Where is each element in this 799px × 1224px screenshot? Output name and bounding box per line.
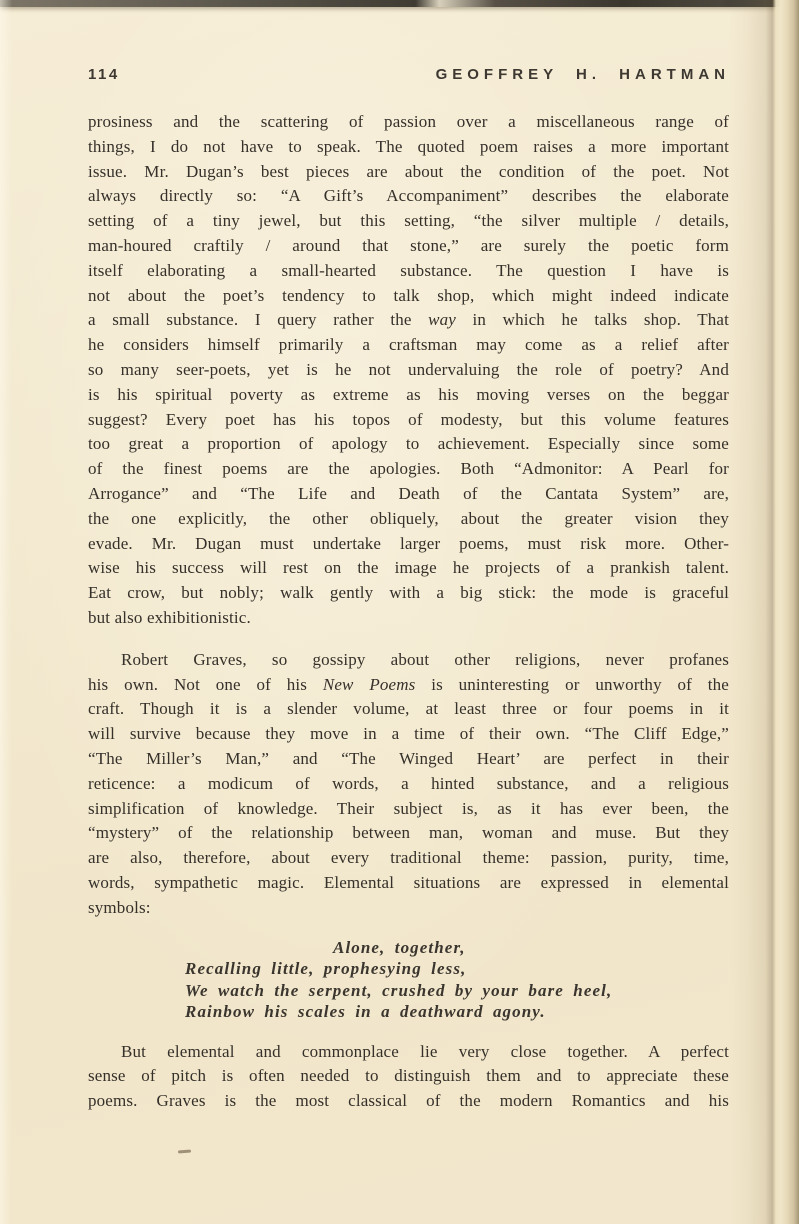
text-line: craft. Though it is a slender volume, at… xyxy=(88,697,729,722)
text-line: are also, therefore, about every traditi… xyxy=(88,846,729,871)
text-line: symbols: xyxy=(88,896,729,921)
text-line: but also exhibitionistic. xyxy=(88,606,729,631)
text-line: is his spiritual poverty as extreme as h… xyxy=(88,383,729,408)
text-line: things, I do not have to speak. The quot… xyxy=(88,135,729,160)
text-line: issue. Mr. Dugan’s best pieces are about… xyxy=(88,160,729,185)
text-line: evade. Mr. Dugan must undertake larger p… xyxy=(88,532,729,557)
text-line: suggest? Every poet has his topos of mod… xyxy=(88,408,729,433)
text-line: wise his success will rest on the image … xyxy=(88,556,729,581)
text-line: Alone, together, xyxy=(333,937,729,959)
scanned-book-page: 114 GEOFFREY H. HARTMAN prosiness and th… xyxy=(0,0,799,1224)
text-line: reticence: a modicum of words, a hinted … xyxy=(88,772,729,797)
text-line: of the finest poems are the apologies. B… xyxy=(88,457,729,482)
book-fore-edge xyxy=(729,0,799,1224)
running-head-author: GEOFFREY H. HARTMAN xyxy=(436,66,730,83)
text-line: sense of pitch is often needed to distin… xyxy=(88,1064,729,1089)
text-line: always directly so: “A Gift’s Accompanim… xyxy=(88,184,729,209)
text-line: he considers himself primarily a craftsm… xyxy=(88,333,729,358)
text-line: poems. Graves is the most classical of t… xyxy=(88,1089,729,1114)
stray-pencil-mark xyxy=(178,1150,191,1154)
text-line: too great a proportion of apology to ach… xyxy=(88,432,729,457)
text-line: Eat crow, but nobly; walk gently with a … xyxy=(88,581,729,606)
scan-top-edge xyxy=(0,0,799,7)
text-line: the one explicitly, the other obliquely,… xyxy=(88,507,729,532)
text-line: prosiness and the scattering of passion … xyxy=(88,110,729,135)
text-line: setting of a tiny jewel, but this settin… xyxy=(88,209,729,234)
text-line: simplification of knowledge. Their subje… xyxy=(88,797,729,822)
running-header: 114 GEOFFREY H. HARTMAN xyxy=(88,66,730,83)
text-line: Robert Graves, so gossipy about other re… xyxy=(88,648,729,673)
text-line: will survive because they move in a time… xyxy=(88,722,729,747)
text-line: so many seer-poets, yet is he not underv… xyxy=(88,358,729,383)
poem-quotation: Alone, together,Recalling little, prophe… xyxy=(88,937,729,1023)
text-line: We watch the serpent, crushed by your ba… xyxy=(185,980,729,1002)
text-line: Arrogance” and “The Life and Death of th… xyxy=(88,482,729,507)
text-line: “mystery” of the relationship between ma… xyxy=(88,821,729,846)
text-line: “The Miller’s Man,” and “The Winged Hear… xyxy=(88,747,729,772)
paragraph-graves-intro: Robert Graves, so gossipy about other re… xyxy=(88,648,729,921)
page-left-edge-highlight xyxy=(0,0,12,1224)
page-number: 114 xyxy=(88,66,120,83)
text-line: a small substance. I query rather the wa… xyxy=(88,308,729,333)
text-line: not about the poet’s tendency to talk sh… xyxy=(88,284,729,309)
text-line: But elemental and commonplace lie very c… xyxy=(88,1040,729,1065)
page-body: prosiness and the scattering of passion … xyxy=(88,110,729,1114)
paragraph-dugan-review: prosiness and the scattering of passion … xyxy=(88,110,729,631)
text-line: Rainbow his scales in a deathward agony. xyxy=(185,1001,729,1023)
text-line: his own. Not one of his New Poems is uni… xyxy=(88,673,729,698)
text-line: itself elaborating a small-hearted subst… xyxy=(88,259,729,284)
paragraph-elemental: But elemental and commonplace lie very c… xyxy=(88,1040,729,1114)
text-line: words, sympathetic magic. Elemental situ… xyxy=(88,871,729,896)
text-line: Recalling little, prophesying less, xyxy=(185,958,729,980)
text-line: man-houred craftily / around that stone,… xyxy=(88,234,729,259)
